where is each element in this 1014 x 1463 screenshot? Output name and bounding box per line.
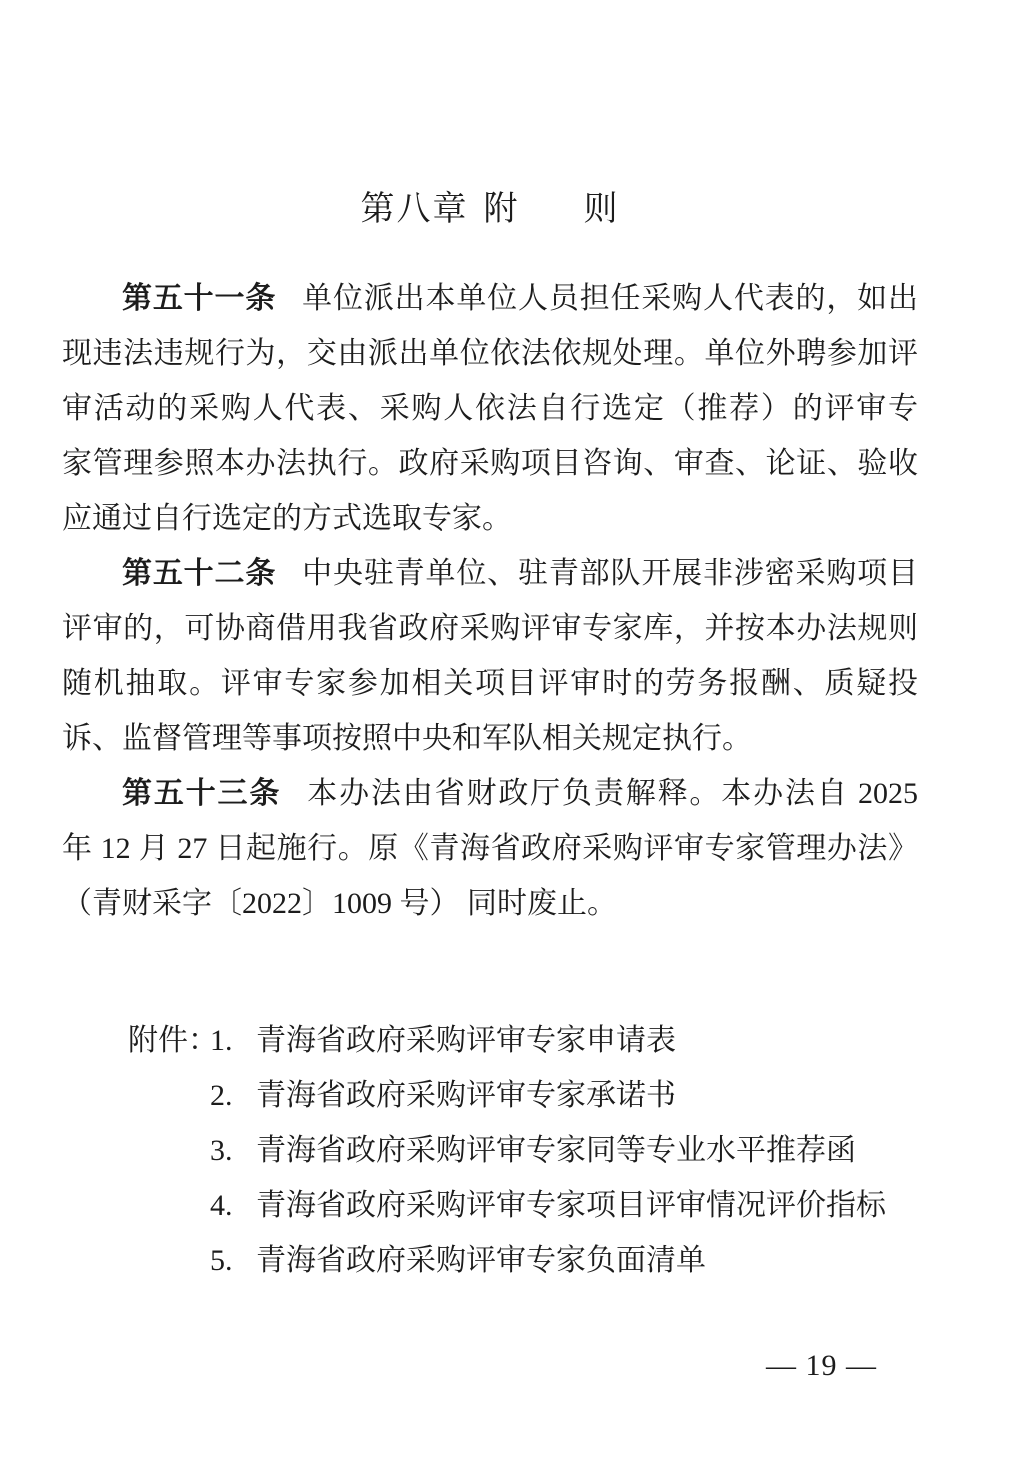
attachment-number: 4. xyxy=(210,1178,256,1233)
document-page: 第八章 附 则 第五十一条单位派出本单位人员担任采购人代表的，如出现违法违规行为… xyxy=(0,0,1014,1463)
chapter-title-part: 附 xyxy=(484,181,520,230)
line-text: 应通过自行选定的方式选取专家。 xyxy=(62,502,512,535)
line-text: 评审的，可协商借用我省政府采购评审专家库，并按本办法规则 xyxy=(62,612,918,645)
line-text: 年 12 月 27 日起施行。原《青海省政府采购评审专家管理办法》 xyxy=(62,832,918,865)
line-text: 单位派出本单位人员担任采购人代表的，如出 xyxy=(302,282,918,315)
text-line: 现违法违规行为，交由派出单位依法依规处理。单位外聘参加评 xyxy=(62,326,918,381)
attachment-item: 4.青海省政府采购评审专家项目评审情况评价指标 xyxy=(128,1178,918,1233)
article-number: 第五十二条 xyxy=(122,557,276,590)
attachment-number: 5. xyxy=(210,1233,256,1288)
attachments-label: 附件： xyxy=(128,1013,210,1068)
text-line: 第五十三条本办法由省财政厅负责解释。本办法自 2025 xyxy=(62,766,918,821)
page-number: — 19 — xyxy=(62,1346,918,1386)
attachment-title: 青海省政府采购评审专家负面清单 xyxy=(256,1233,918,1288)
line-text: 本办法由省财政厅负责解释。本办法自 2025 xyxy=(307,777,918,810)
text-line: 评审的，可协商借用我省政府采购评审专家库，并按本办法规则 xyxy=(62,601,918,656)
attachments-label xyxy=(128,1178,210,1233)
chapter-title: 第八章 附 则 xyxy=(62,178,918,233)
attachment-number: 3. xyxy=(210,1123,256,1178)
text-line: 审活动的采购人代表、采购人依法自行选定（推荐）的评审专 xyxy=(62,381,918,436)
line-text: （青财采字〔2022〕1009 号） 同时废止。 xyxy=(62,887,617,920)
article-number: 第五十三条 xyxy=(122,777,281,810)
text-line: 应通过自行选定的方式选取专家。 xyxy=(62,491,918,546)
text-line: 第五十一条单位派出本单位人员担任采购人代表的，如出 xyxy=(62,271,918,326)
text-line: 诉、监督管理等事项按照中央和军队相关规定执行。 xyxy=(62,711,918,766)
line-text: 诉、监督管理等事项按照中央和军队相关规定执行。 xyxy=(62,722,752,755)
attachment-title: 青海省政府采购评审专家承诺书 xyxy=(256,1068,918,1123)
chapter-number: 第八章 xyxy=(361,181,469,230)
text-line: 年 12 月 27 日起施行。原《青海省政府采购评审专家管理办法》 xyxy=(62,821,918,876)
attachment-number: 1. xyxy=(210,1013,256,1068)
line-text: 家管理参照本办法执行。政府采购项目咨询、审查、论证、验收 xyxy=(62,447,918,480)
attachment-item: 3.青海省政府采购评审专家同等专业水平推荐函 xyxy=(128,1123,918,1178)
attachments-list: 附件：1.青海省政府采购评审专家申请表2.青海省政府采购评审专家承诺书3.青海省… xyxy=(128,1013,918,1288)
attachment-title: 青海省政府采购评审专家同等专业水平推荐函 xyxy=(256,1123,918,1178)
attachment-item: 2.青海省政府采购评审专家承诺书 xyxy=(128,1068,918,1123)
attachment-item: 附件：1.青海省政府采购评审专家申请表 xyxy=(128,1013,918,1068)
article-number: 第五十一条 xyxy=(122,282,276,315)
attachment-title: 青海省政府采购评审专家申请表 xyxy=(256,1013,918,1068)
attachment-item: 5.青海省政府采购评审专家负面清单 xyxy=(128,1233,918,1288)
chapter-title-part: 则 xyxy=(584,181,620,230)
line-text: 中央驻青单位、驻青部队开展非涉密采购项目 xyxy=(302,557,918,590)
attachments-label xyxy=(128,1068,210,1123)
text-line: 家管理参照本办法执行。政府采购项目咨询、审查、论证、验收 xyxy=(62,436,918,491)
line-text: 现违法违规行为，交由派出单位依法依规处理。单位外聘参加评 xyxy=(62,337,918,370)
line-text: 随机抽取。评审专家参加相关项目评审时的劳务报酬、质疑投 xyxy=(62,667,918,700)
text-line: （青财采字〔2022〕1009 号） 同时废止。 xyxy=(62,876,918,931)
attachment-title: 青海省政府采购评审专家项目评审情况评价指标 xyxy=(256,1178,918,1233)
text-line: 随机抽取。评审专家参加相关项目评审时的劳务报酬、质疑投 xyxy=(62,656,918,711)
article-paragraphs: 第五十一条单位派出本单位人员担任采购人代表的，如出现违法违规行为，交由派出单位依… xyxy=(62,271,918,931)
line-text: 审活动的采购人代表、采购人依法自行选定（推荐）的评审专 xyxy=(62,392,918,425)
attachments-label xyxy=(128,1123,210,1178)
attachment-number: 2. xyxy=(210,1068,256,1123)
text-line: 第五十二条中央驻青单位、驻青部队开展非涉密采购项目 xyxy=(62,546,918,601)
attachments-label xyxy=(128,1233,210,1288)
